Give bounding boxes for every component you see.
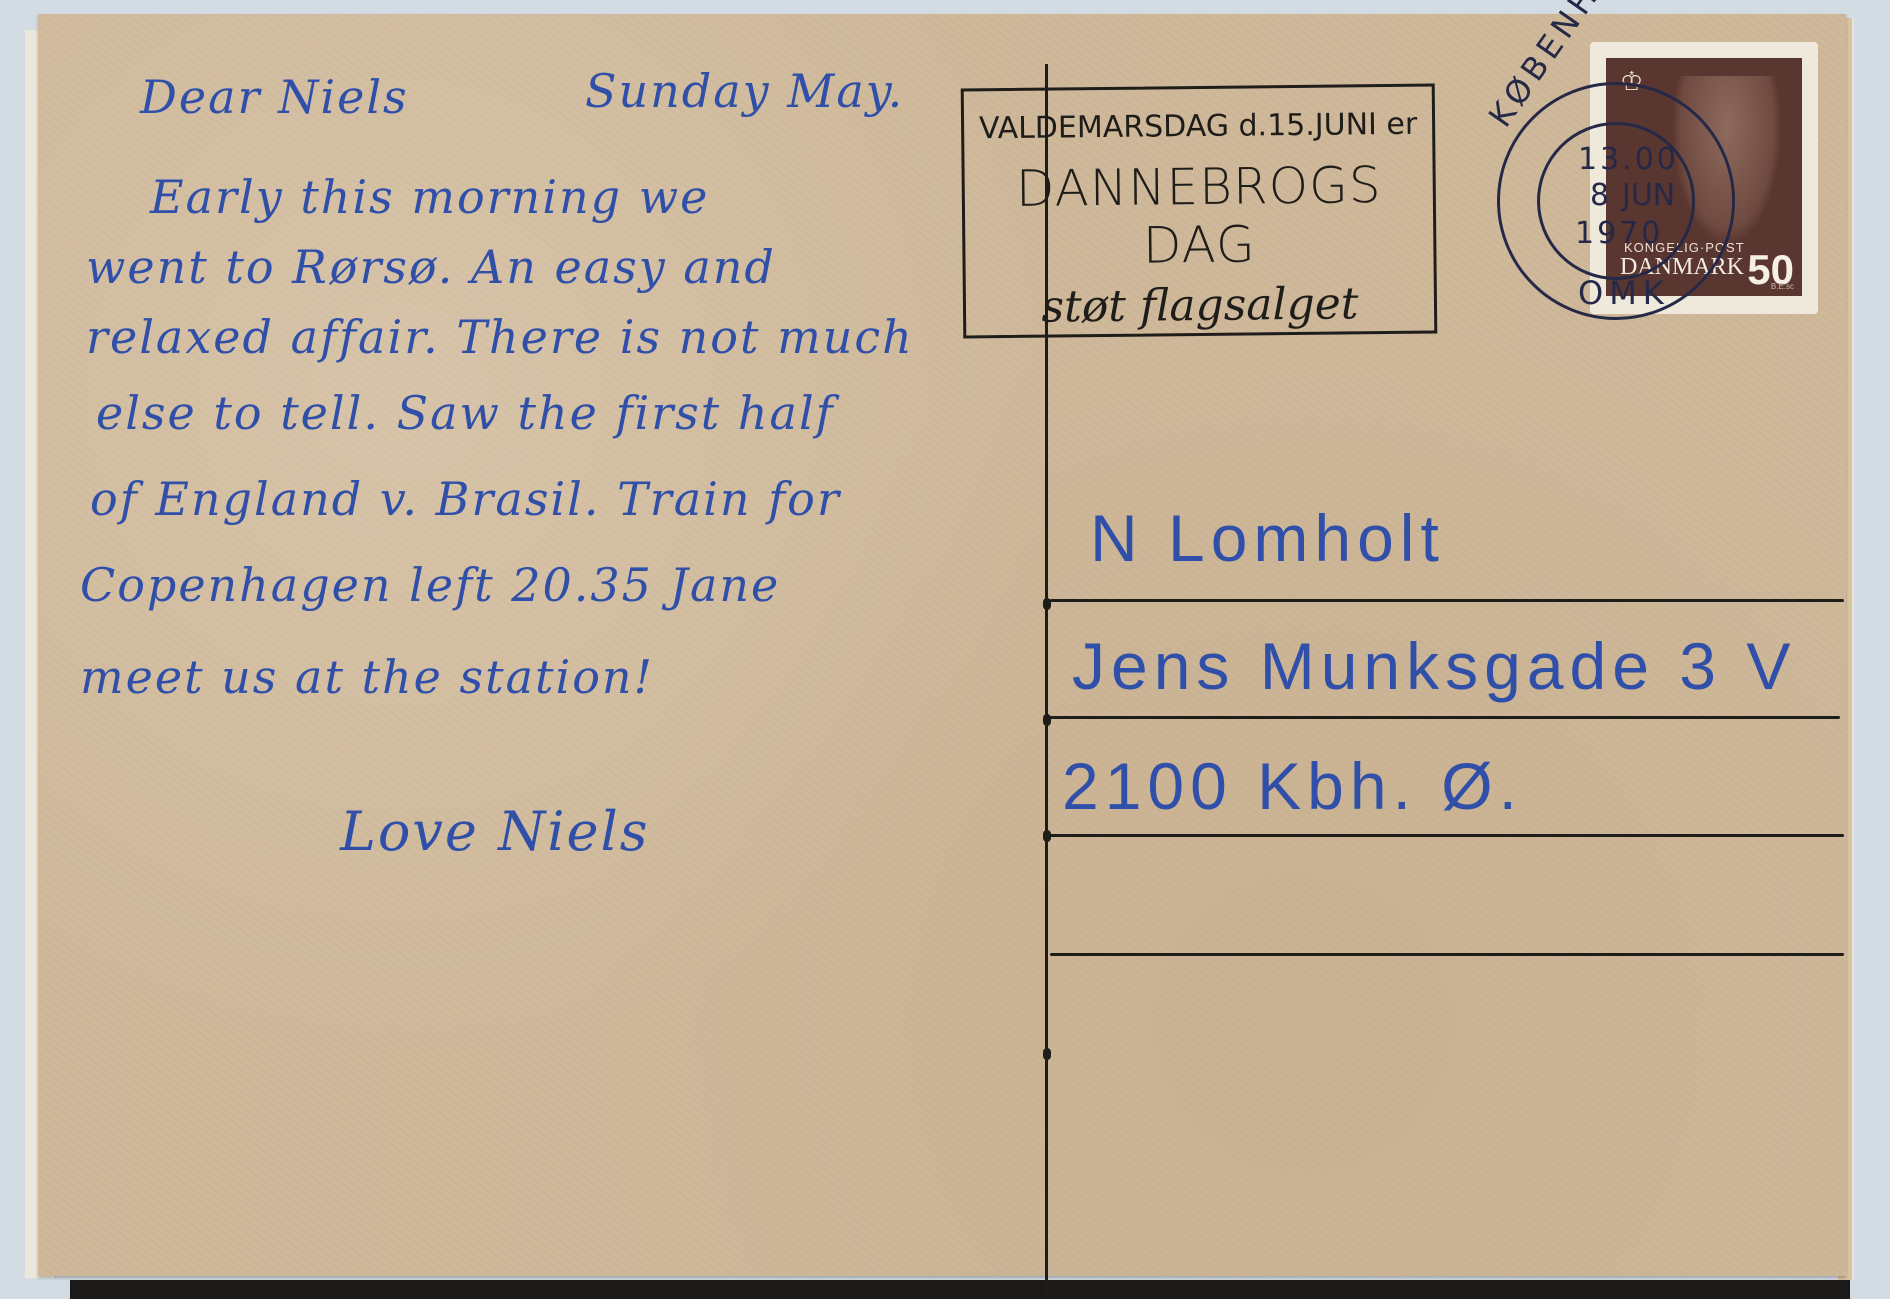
- postmark-day: 8: [1590, 178, 1609, 213]
- message-line: Early this morning we: [150, 170, 709, 224]
- message-closing: Love Niels: [340, 800, 649, 863]
- message-line: else to tell. Saw the first half: [96, 386, 835, 440]
- message-greeting: Dear Niels: [140, 70, 409, 124]
- slogan-cancellation: VALDEMARSDAG d.15.JUNI er DANNEBROGS DAG…: [961, 84, 1438, 339]
- slogan-line-3: støt flagsalget: [966, 278, 1435, 334]
- message-line: went to Rørsø. An easy and: [86, 240, 776, 294]
- recipient-name: N Lomholt: [1090, 500, 1445, 576]
- recipient-street: Jens Munksgade 3 V: [1072, 628, 1796, 704]
- recipient-city: 2100 Kbh. Ø.: [1062, 748, 1523, 824]
- message-line: of England v. Brasil. Train for: [90, 472, 841, 526]
- postmark-district: OMK: [1578, 274, 1670, 312]
- message-line: Copenhagen left 20.35 Jane: [80, 558, 780, 612]
- postmark-time: 13.00: [1578, 142, 1679, 177]
- address-line-3: [1050, 834, 1844, 837]
- postmark-year: 1970: [1575, 216, 1663, 251]
- message-dateline: Sunday May.: [585, 64, 904, 118]
- address-line-2: [1050, 716, 1840, 719]
- address-line-4: [1050, 953, 1844, 956]
- address-line-1: [1050, 599, 1844, 602]
- message-line: meet us at the station!: [80, 650, 654, 704]
- slogan-line-2: DANNEBROGS DAG: [964, 156, 1433, 277]
- slogan-line-1: VALDEMARSDAG d.15.JUNI er: [964, 107, 1432, 147]
- stamp-engraver: B.E.sc: [1771, 282, 1794, 291]
- table-shadow: [70, 1280, 1850, 1299]
- divider-dot: [1043, 1048, 1051, 1060]
- message-line: relaxed affair. There is not much: [86, 310, 914, 364]
- postmark-month: JUN: [1622, 178, 1675, 213]
